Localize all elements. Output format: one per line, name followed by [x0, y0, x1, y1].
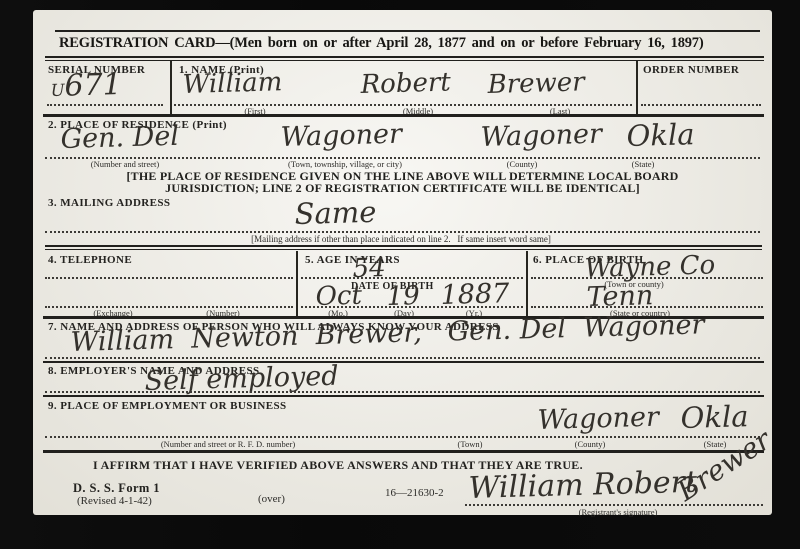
row1-bottom-rule	[43, 114, 764, 117]
employment-sub-county: (County)	[575, 439, 606, 449]
mailing-bottom-rule	[45, 245, 762, 250]
residence-sub-street: (Number and street)	[91, 159, 159, 169]
order-number-label: ORDER NUMBER	[643, 64, 739, 76]
residence-county-value: Wagoner	[480, 121, 602, 151]
mailing-value: Same	[294, 198, 377, 229]
serial-number-value: U671	[50, 70, 122, 102]
residence-street-value: Gen. Del	[60, 123, 179, 153]
row4-divider-right	[526, 251, 528, 316]
employment-label: 9. PLACE OF EMPLOYMENT OR BUSINESS	[48, 400, 287, 412]
registrant-signature: William Robert	[468, 468, 697, 504]
name-first-value: William	[182, 69, 282, 98]
row1-divider-left	[170, 61, 172, 114]
employment-fill-line	[45, 436, 760, 438]
employment-sub-street: (Number and street or R. F. D. number)	[161, 439, 295, 449]
card-title: REGISTRATION CARD—(Men born on or after …	[59, 35, 703, 52]
employment-sub-town: (Town)	[458, 439, 483, 449]
form-revision: (Revised 4-1-42)	[77, 495, 152, 507]
telephone-fill-line1	[45, 277, 293, 279]
document-scan-background: REGISTRATION CARD—(Men born on or after …	[0, 0, 800, 549]
name-middle-value: Robert	[360, 69, 451, 98]
residence-sub-town: (Town, township, village, or city)	[288, 159, 402, 169]
employer-fill-line	[45, 391, 760, 393]
over-note: (over)	[258, 493, 285, 505]
employer-bottom-rule	[43, 395, 764, 397]
name-last-value: Brewer	[487, 69, 585, 98]
residence-notice-line2: JURISDICTION; LINE 2 OF REGISTRATION CER…	[33, 181, 772, 196]
serial-fill-line	[47, 104, 163, 106]
employment-state-value: Okla	[680, 402, 749, 433]
signature-fill-line	[465, 504, 763, 506]
telephone-fill-line2	[45, 306, 293, 308]
residence-state-value: Okla	[626, 120, 695, 151]
telephone-label: 4. TELEPHONE	[48, 254, 132, 266]
row4-divider-left	[296, 251, 298, 316]
top-rule	[55, 30, 760, 32]
residence-town-value: Wagoner	[280, 121, 402, 151]
employment-bottom-rule	[43, 450, 764, 453]
stock-number: 16—21630-2	[385, 487, 444, 499]
contact-fill-line	[45, 357, 760, 359]
row1-divider-right	[636, 61, 638, 114]
header-double-rule	[45, 56, 764, 61]
residence-sub-county: (County)	[507, 159, 538, 169]
contact-bottom-rule	[43, 361, 764, 363]
registration-card: REGISTRATION CARD—(Men born on or after …	[33, 10, 772, 515]
order-fill-line	[641, 104, 761, 106]
mailing-label: 3. MAILING ADDRESS	[48, 197, 170, 209]
employment-county-value: Wagoner	[537, 404, 659, 434]
signature-sub-label: (Registrant's signature)	[579, 507, 658, 517]
mailing-sub: [Mailing address if other than place ind…	[251, 234, 551, 244]
form-number: D. S. S. Form 1	[73, 481, 160, 496]
residence-sub-state: (State)	[632, 159, 655, 169]
mailing-fill-line	[45, 231, 760, 233]
dob-year-value: 1887	[440, 280, 509, 309]
